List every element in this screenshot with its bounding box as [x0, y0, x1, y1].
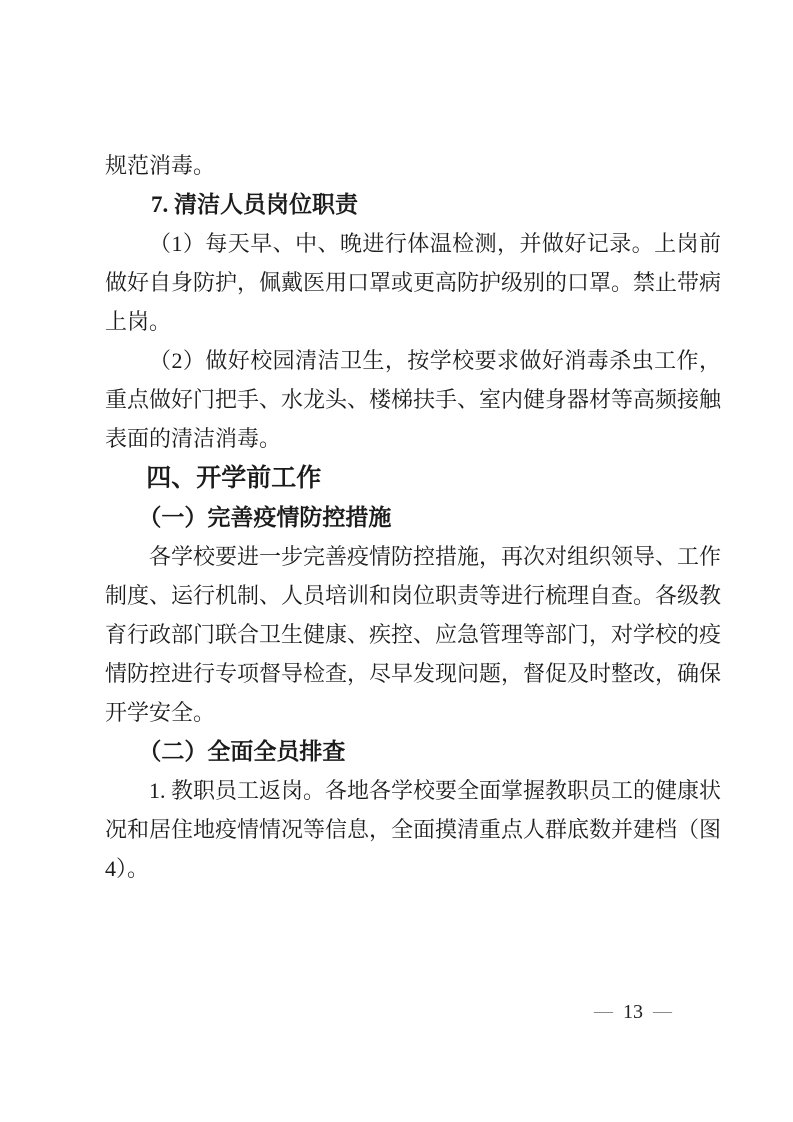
- footer-dash-right: —: [653, 999, 672, 1025]
- paragraph-staff-return-screening: 1. 教职员工返岗。各地各学校要全面掌握教职员工的健康状况和居住地疫情情况等信息…: [105, 771, 721, 888]
- paragraph-item-1-temperature-checks: （1）每天早、中、晚进行体温检测，并做好记录。上岗前做好自身防护，佩戴医用口罩或…: [105, 224, 721, 341]
- heading-cleaning-staff-duties: 7. 清洁人员岗位职责: [105, 185, 721, 224]
- paragraph-item-2-campus-cleaning: （2）做好校园清洁卫生，按学校要求做好消毒杀虫工作，重点做好门把手、水龙头、楼梯…: [105, 341, 721, 458]
- heading-sub-full-screening: （二）全面全员排查: [105, 732, 721, 771]
- page-footer: — 13 —: [594, 999, 672, 1025]
- footer-dash-left: —: [594, 999, 613, 1025]
- document-body: 规范消毒。 7. 清洁人员岗位职责 （1）每天早、中、晚进行体温检测，并做好记录…: [105, 146, 721, 888]
- paragraph-continuation-disinfection: 规范消毒。: [105, 146, 721, 185]
- paragraph-prevention-self-inspection: 各学校要进一步完善疫情防控措施，再次对组织领导、工作制度、运行机制、人员培训和岗…: [105, 537, 721, 732]
- heading-section-pre-opening-work: 四、开学前工作: [105, 458, 721, 498]
- heading-sub-improve-prevention-measures: （一）完善疫情防控措施: [105, 498, 721, 537]
- document-page: 规范消毒。 7. 清洁人员岗位职责 （1）每天早、中、晚进行体温检测，并做好记录…: [0, 0, 793, 1122]
- page-number: 13: [623, 999, 643, 1025]
